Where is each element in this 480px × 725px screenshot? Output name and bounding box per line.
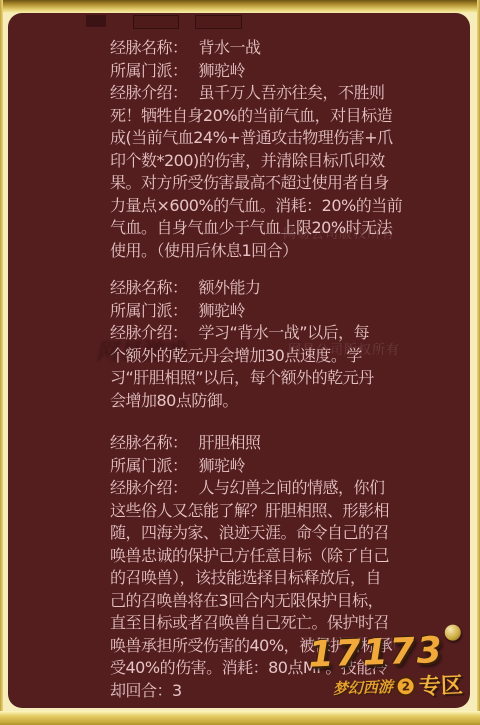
logo-17173-text: 17173 [308,632,462,673]
site-logo: 17173 梦幻西游 2 专区 [308,632,463,704]
desc-line: 这些俗人又怎能了解？肝胆相照、形影相 [110,500,410,523]
desc-text: 学习“背水一战”以后，每 [199,323,370,342]
desc-line: 印个数*200)的伤害，并清除目标爪印效 [110,150,410,173]
gold-frame-bottom [0,711,480,725]
logo-subtitle-zone: 专区 [418,668,463,701]
faded-tab-artifact [195,15,242,29]
post-frame: { "colors": { "frame_gold_dark": "#6b541… [0,0,480,725]
field-label: 所属门派： [110,301,188,320]
field-label: 经脉名称： [110,278,188,297]
desc-line: 果。对方所受伤害最高不超过使用者自身 [110,172,410,195]
content-panel: 网易公司版权所有 网易公司版权所有 网易公司版权所有 网易游戏 经脉名称：背水一… [8,13,470,708]
desc-line: 气血。自身气血少于气血上限20%时无法 [110,217,410,240]
gold-frame-top [0,0,480,13]
badge-2-icon: 2 [395,675,416,696]
field-row: 所属门派：狮驼岭 [110,300,410,323]
field-row: 所属门派：狮驼岭 [110,455,410,478]
desc-line: 经脉介绍：学习“背水一战”以后，每 [110,322,410,345]
logo-subtitle-game: 梦幻西游 [332,676,393,699]
gold-frame-left [0,0,3,725]
field-row: 经脉名称：背水一战 [110,37,410,60]
desc-line: 己的召唤兽将在3回合内无限保护目标， [110,590,410,613]
field-label: 经脉名称： [110,433,188,452]
field-value: 背水一战 [199,38,261,57]
field-value: 狮驼岭 [199,456,246,475]
desc-line: 随，四海为家、浪迹天涯。命令自己的召 [110,522,410,545]
desc-line: 唤兽忠诚的保护己方任意目标（除了自己 [110,545,410,568]
desc-line: 成(当前气血24%+普通攻击物理伤害+爪 [110,127,410,150]
desc-line: 经脉介绍：虽千万人吾亦往矣，不胜则 [110,82,410,105]
desc-line: 直至目标或者召唤兽自己死亡。保护时召 [110,612,410,635]
desc-line: 个额外的乾元丹会增加30点速度。学 [110,345,410,368]
desc-line: 的召唤兽），该技能选择目标释放后，自 [110,567,410,590]
field-label: 经脉介绍： [110,323,188,342]
desc-line: 使用。（使用后休息1回合） [110,240,410,263]
field-value: 肝胆相照 [199,433,261,452]
skill-section: 经脉名称：背水一战所属门派：狮驼岭经脉介绍：虽千万人吾亦往矣，不胜则死！牺牲自身… [110,37,410,262]
field-label: 经脉介绍： [110,83,188,102]
field-row: 经脉名称：肝胆相照 [110,432,410,455]
field-value: 额外能力 [199,278,261,297]
desc-line: 力量点×600%的气血。消耗：20%的当前 [110,195,410,218]
field-value: 狮驼岭 [199,301,246,320]
field-label: 所属门派： [110,456,188,475]
sphere-icon [445,624,462,641]
skill-section: 经脉名称：额外能力所属门派：狮驼岭经脉介绍：学习“背水一战”以后，每个额外的乾元… [110,277,410,412]
faded-tab-artifact [133,15,179,29]
desc-line: 会增加80点防御。 [110,390,410,413]
logo-brand-text: 17173 [308,630,445,676]
field-row: 所属门派：狮驼岭 [110,60,410,83]
desc-text: 虽千万人吾亦往矣，不胜则 [199,83,385,102]
field-label: 经脉介绍： [110,478,188,497]
skill-sections: 经脉名称：背水一战所属门派：狮驼岭经脉介绍：虽千万人吾亦往矣，不胜则死！牺牲自身… [110,37,410,702]
field-row: 经脉名称：额外能力 [110,277,410,300]
desc-line: 死！牺牲自身20%的当前气血，对目标造 [110,105,410,128]
desc-line: 经脉介绍：人与幻兽之间的情感，你们 [110,477,410,500]
faded-tab-artifact [86,15,106,27]
field-label: 所属门派： [110,61,188,80]
desc-line: 习“肝胆相照”以后，每个额外的乾元丹 [110,367,410,390]
field-value: 狮驼岭 [199,61,246,80]
desc-text: 人与幻兽之间的情感，你们 [199,478,385,497]
field-label: 经脉名称： [110,38,188,57]
